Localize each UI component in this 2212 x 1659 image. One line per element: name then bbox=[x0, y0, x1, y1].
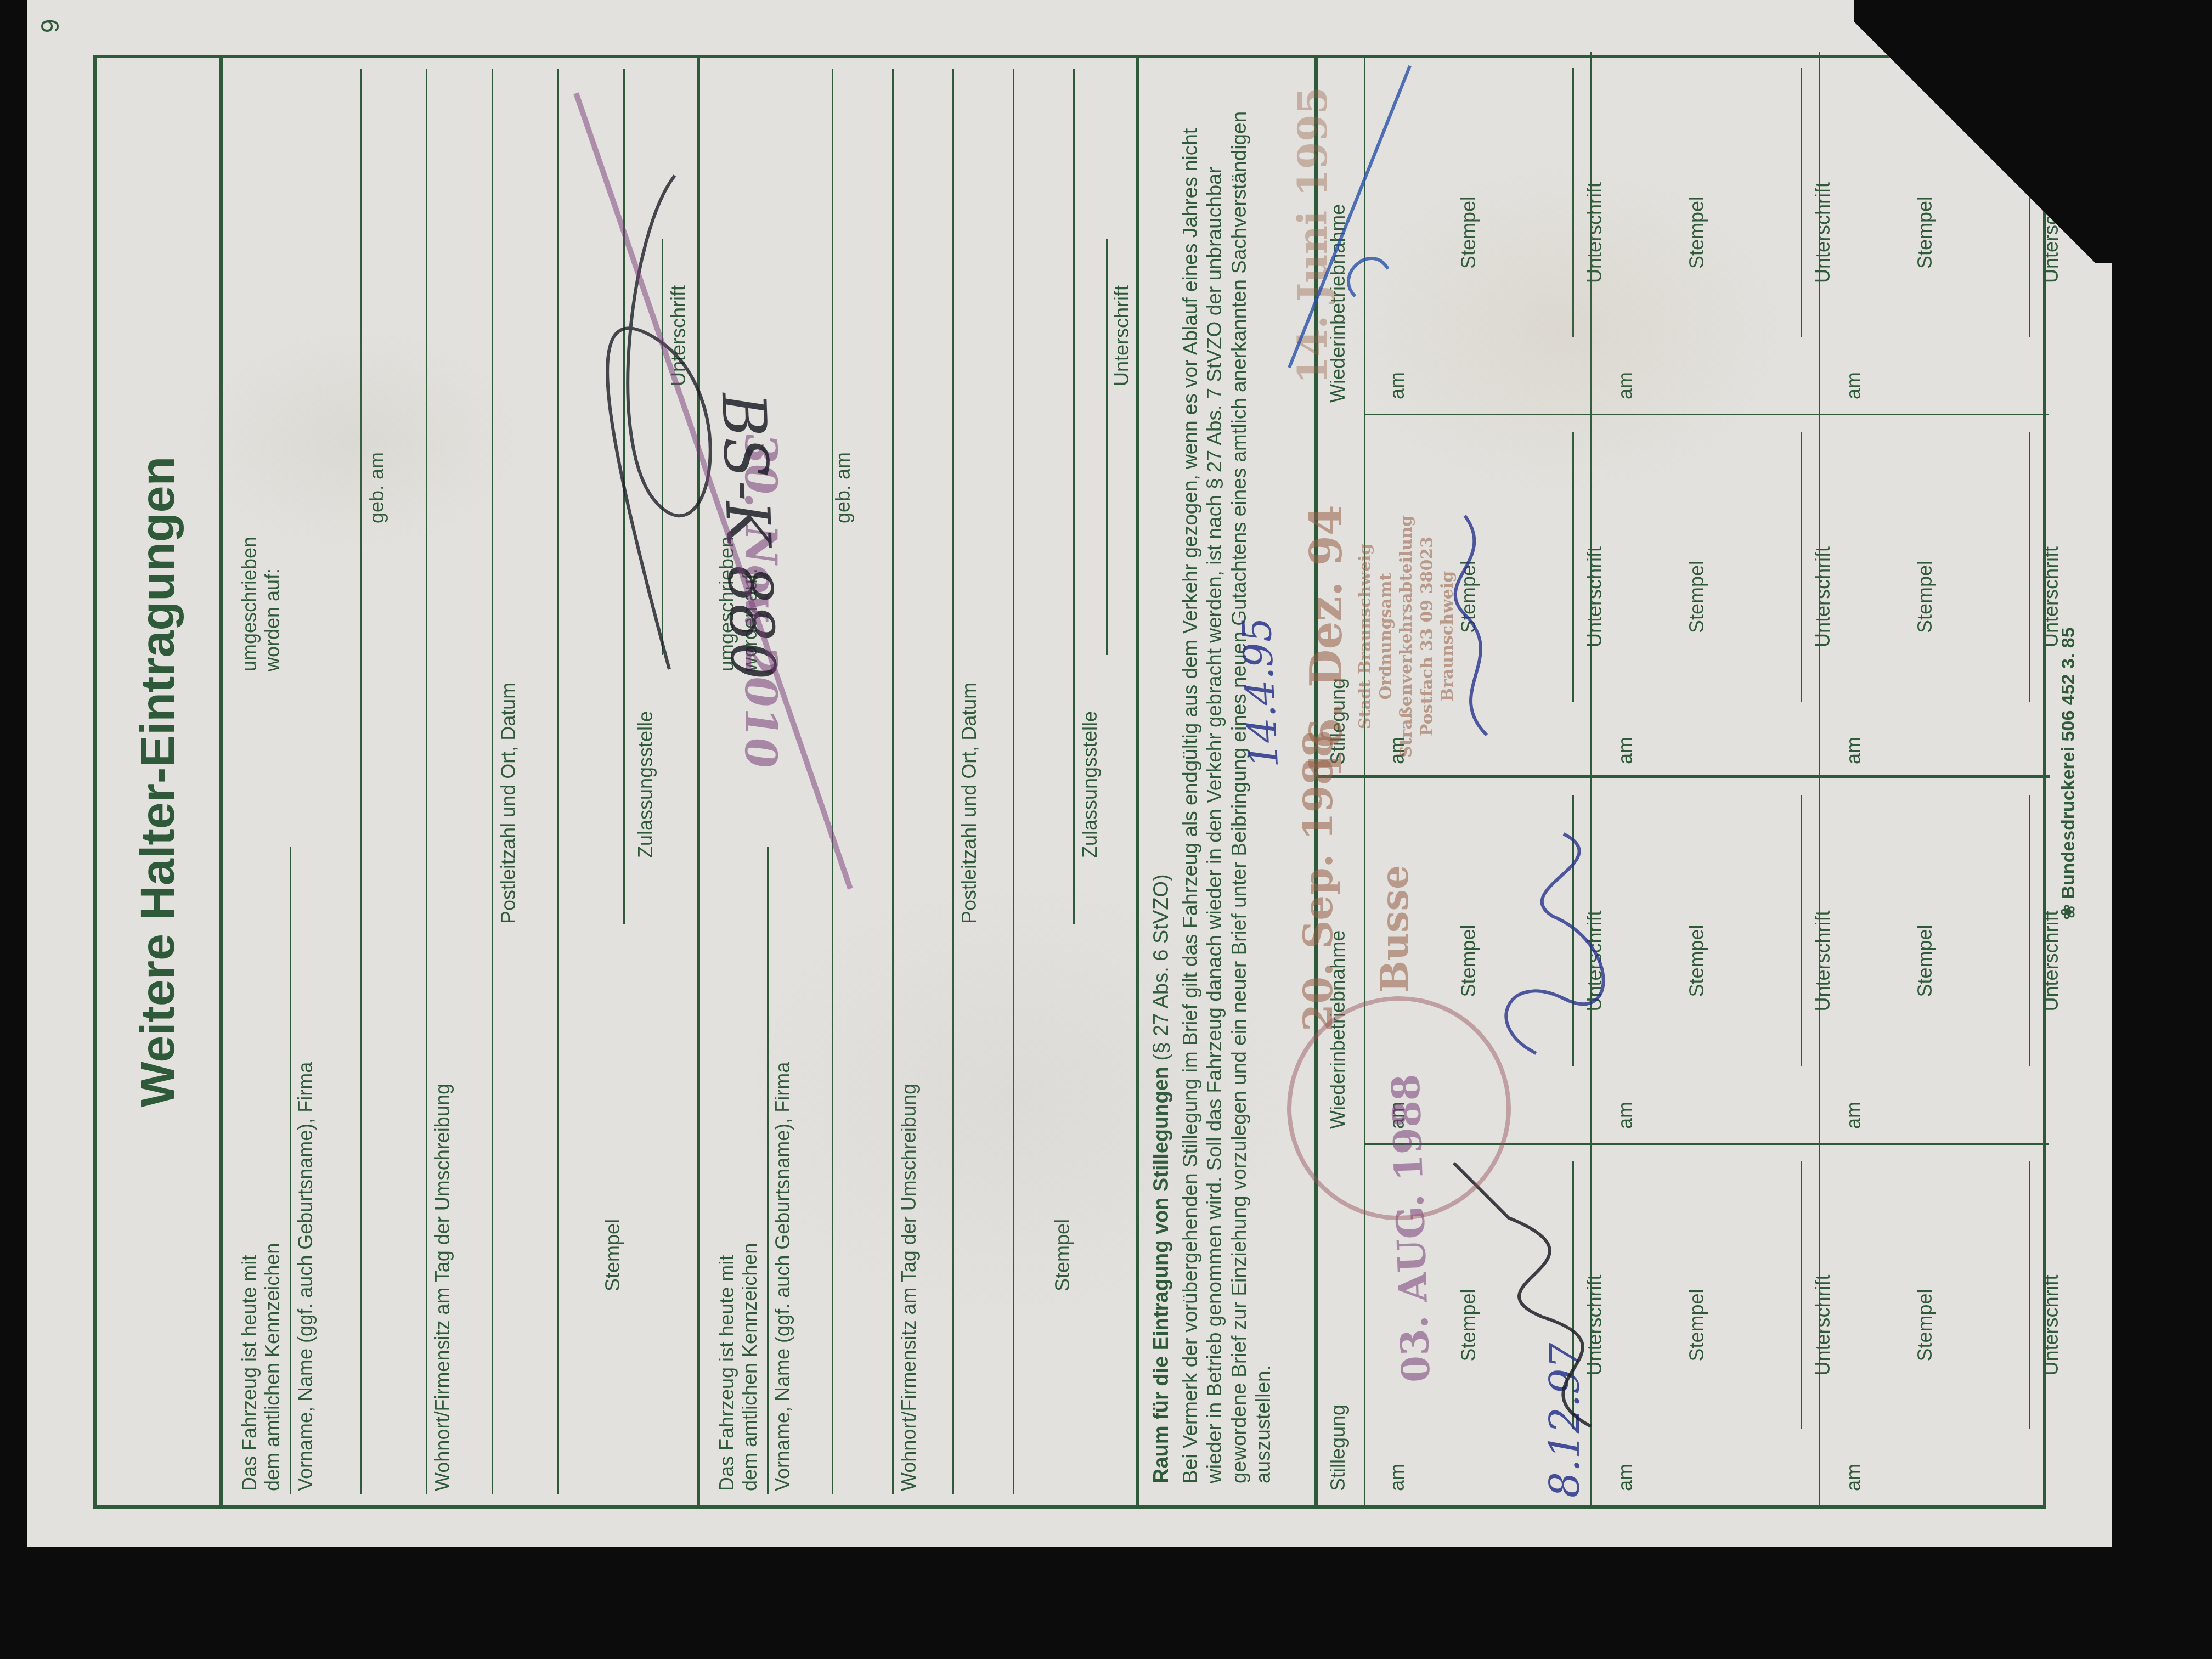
grid-cell: amStempelUnterschrift bbox=[1364, 52, 1592, 414]
stempel-label: Stempel bbox=[601, 1219, 624, 1291]
am-label: am bbox=[1386, 1102, 1409, 1129]
name-line bbox=[832, 69, 833, 1494]
umgeschrieben-label: umgeschriebenworden auf: bbox=[715, 537, 762, 672]
unterschrift-line bbox=[1106, 239, 1108, 655]
stilllegung-grid: Stillegung Wiederinbetriebnahme Stillegu… bbox=[1314, 58, 2050, 1505]
grid-cell: amStempelUnterschrift bbox=[1364, 1143, 1592, 1505]
grid-cell: amStempelUnterschrift bbox=[1592, 778, 1820, 1143]
unterschrift-line bbox=[662, 239, 663, 655]
wohnort-line bbox=[952, 69, 954, 1494]
col-wieder-right: Wiederinbetriebnahme bbox=[1327, 204, 1350, 403]
stempel-label: Stempel bbox=[1685, 52, 1708, 414]
stempel-label: Stempel bbox=[1457, 52, 1480, 414]
wohnort-line bbox=[492, 69, 493, 1494]
signature-line bbox=[1801, 68, 1802, 337]
stempel-label: Stempel bbox=[1685, 778, 1708, 1143]
am-label: am bbox=[1614, 737, 1637, 764]
stempel-label: Stempel bbox=[1457, 415, 1480, 778]
col-wieder-left: Wiederinbetriebnahme bbox=[1327, 930, 1350, 1129]
unterschrift-label: Unterschrift bbox=[1110, 285, 1133, 386]
signature-line bbox=[1801, 795, 1802, 1066]
stempel-label: Stempel bbox=[1914, 778, 1937, 1143]
name-label: Vorname, Name (ggf. auch Geburtsname), F… bbox=[294, 1062, 317, 1491]
grid-cell: amStempelUnterschrift bbox=[1820, 414, 2049, 778]
holder-block-1: Das Fahrzeug ist heute mitdem amtlichen … bbox=[223, 58, 700, 1505]
am-label: am bbox=[1386, 372, 1409, 399]
grid-cell: amStempelUnterschrift bbox=[1364, 414, 1592, 778]
geb-label: geb. am bbox=[832, 452, 855, 523]
am-label: am bbox=[1842, 372, 1865, 399]
stempel-label: Stempel bbox=[1051, 1219, 1074, 1291]
stempel-label: Stempel bbox=[1914, 415, 1937, 778]
plz-label: Postleitzahl und Ort, Datum bbox=[958, 682, 981, 924]
form-frame: Weitere Halter-Eintragungen Das Fahrzeug… bbox=[93, 55, 2046, 1509]
am-label: am bbox=[1614, 1102, 1637, 1129]
signature-line bbox=[1801, 1161, 1802, 1429]
notice-text: Bei Vermerk der vorübergehenden Stillegu… bbox=[1178, 80, 1276, 1483]
signature-line bbox=[1572, 432, 1574, 702]
signature-line bbox=[2029, 1161, 2030, 1429]
kennzeichen-line bbox=[767, 847, 769, 1494]
kennzeichen-label: Das Fahrzeug ist heute mitdem amtlichen … bbox=[715, 1243, 762, 1491]
signature-line bbox=[2029, 68, 2030, 337]
stempel-label: Stempel bbox=[1914, 1145, 1937, 1505]
grid-cell: amStempelUnterschrift bbox=[1592, 414, 1820, 778]
geb-label: geb. am bbox=[365, 452, 388, 523]
wohnort-line-2 bbox=[1013, 69, 1014, 1494]
grid-cell: amStempelUnterschrift bbox=[1364, 778, 1592, 1143]
stilllegung-notice: Raum für die Eintragung von Stillegungen… bbox=[1139, 58, 1314, 1505]
page-number: 6 bbox=[35, 19, 65, 33]
registration-form: 6 Weitere Halter-Eintragungen Das Fahrze… bbox=[27, 0, 2112, 1547]
stempel-label: Stempel bbox=[1457, 778, 1480, 1143]
col-stilllegung-right: Stillegung bbox=[1327, 678, 1350, 765]
kennzeichen-label: Das Fahrzeug ist heute mitdem amtlichen … bbox=[238, 1243, 285, 1491]
stempel-label: Stempel bbox=[1914, 52, 1937, 414]
am-label: am bbox=[1842, 737, 1865, 764]
plz-line bbox=[1073, 69, 1075, 924]
am-label: am bbox=[1386, 1464, 1409, 1491]
am-label: am bbox=[1614, 1464, 1637, 1491]
stempel-label: Stempel bbox=[1685, 1145, 1708, 1505]
plz-label: Postleitzahl und Ort, Datum bbox=[497, 682, 520, 924]
grid-cell: amStempelUnterschrift bbox=[1592, 52, 1820, 414]
printer-imprint: ❀ Bundesdruckerei 506 452 3. 85 bbox=[2057, 0, 2079, 1547]
name-line bbox=[360, 69, 362, 1494]
plz-line bbox=[623, 69, 625, 924]
am-label: am bbox=[1386, 737, 1409, 764]
signature-line bbox=[1572, 68, 1574, 337]
page-title: Weitere Halter-Eintragungen bbox=[129, 58, 185, 1505]
wohnort-label: Wohnort/Firmensitz am Tag der Umschreibu… bbox=[431, 1084, 454, 1491]
am-label: am bbox=[1842, 1464, 1865, 1491]
col-stilllegung-left: Stillegung bbox=[1327, 1404, 1350, 1491]
stempel-label: Stempel bbox=[1685, 415, 1708, 778]
zulassung-label: Zulassungsstelle bbox=[634, 711, 657, 858]
zulassung-label: Zulassungsstelle bbox=[1079, 711, 1102, 858]
grid-cell: amStempelUnterschrift bbox=[1820, 1143, 2049, 1505]
title-band: Weitere Halter-Eintragungen bbox=[97, 58, 223, 1505]
signature-line bbox=[2029, 795, 2030, 1066]
kennzeichen-line bbox=[290, 847, 291, 1494]
name-line-2 bbox=[892, 69, 894, 1494]
stempel-label: Stempel bbox=[1457, 1145, 1480, 1505]
am-label: am bbox=[1614, 372, 1637, 399]
grid-cell: amStempelUnterschrift bbox=[1820, 778, 2049, 1143]
name-line-2 bbox=[426, 69, 427, 1494]
am-label: am bbox=[1842, 1102, 1865, 1129]
grid-cell: amStempelUnterschrift bbox=[1820, 52, 2049, 414]
notice-heading: Raum für die Eintragung von Stillegungen… bbox=[1150, 874, 1173, 1483]
name-label: Vorname, Name (ggf. auch Geburtsname), F… bbox=[771, 1062, 794, 1491]
signature-line bbox=[1801, 432, 1802, 702]
unterschrift-label: Unterschrift bbox=[667, 285, 690, 386]
document-page: 6 Weitere Halter-Eintragungen Das Fahrze… bbox=[27, 0, 2112, 1547]
grid-cell: amStempelUnterschrift bbox=[1592, 1143, 1820, 1505]
wohnort-line-2 bbox=[557, 69, 559, 1494]
signature-line bbox=[1572, 1161, 1574, 1429]
wohnort-label: Wohnort/Firmensitz am Tag der Umschreibu… bbox=[898, 1084, 921, 1491]
holder-block-2: Das Fahrzeug ist heute mitdem amtlichen … bbox=[700, 58, 1139, 1505]
signature-line bbox=[1572, 795, 1574, 1066]
umgeschrieben-label: umgeschriebenworden auf: bbox=[238, 537, 285, 672]
signature-line bbox=[2029, 432, 2030, 702]
